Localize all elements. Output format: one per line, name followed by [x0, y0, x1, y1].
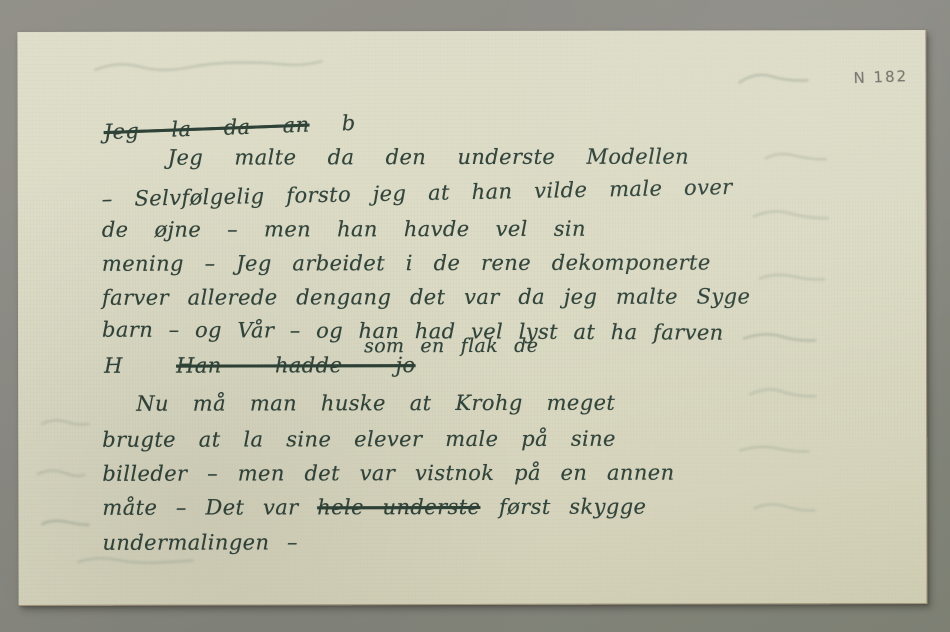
archive-number-label: N 182: [853, 67, 908, 87]
manuscript-line: H Han hadde jo: [104, 353, 415, 378]
line-text: billeder – men det var vistnok på en ann…: [102, 461, 674, 486]
manuscript-line: Jeg malte da den underste Modellen: [168, 145, 689, 170]
manuscript-line: måte – Det var hele underste først skygg…: [102, 495, 646, 520]
manuscript-line: – Selvfølgelig forsto jeg at han vilde m…: [102, 175, 733, 211]
manuscript-line: undermalingen –: [102, 530, 297, 554]
line-text: først skygge: [480, 495, 646, 519]
struck-text: Jeg la da an: [103, 113, 310, 145]
scanner-background: N 182 Jeg la da an b Jeg malte da den un…: [0, 0, 950, 632]
manuscript-line: billeder – men det var vistnok på en ann…: [102, 461, 674, 486]
line-text: H: [104, 354, 176, 378]
line-text: Jeg malte da den underste Modellen: [168, 145, 689, 170]
manuscript-line: brugte at la sine elever male på sine: [102, 427, 616, 452]
manuscript-page: N 182 Jeg la da an b Jeg malte da den un…: [17, 30, 927, 606]
manuscript-line: Jeg la da an b: [103, 111, 356, 144]
line-text: – Selvfølgelig forsto jeg at han vilde m…: [102, 175, 733, 211]
struck-text: hele underste: [317, 495, 480, 519]
line-text: måte – Det var: [102, 495, 317, 519]
line-text: mening – Jeg arbeidet i de rene dekompon…: [102, 251, 711, 276]
line-text: brugte at la sine elever male på sine: [102, 427, 616, 452]
manuscript-line: de øjne – men han havde vel sin: [102, 217, 586, 242]
line-text: undermalingen –: [102, 530, 297, 554]
line-text: Nu må man huske at Krohg meget: [136, 391, 615, 416]
manuscript-line: mening – Jeg arbeidet i de rene dekompon…: [102, 251, 711, 276]
line-text: de øjne – men han havde vel sin: [102, 217, 586, 242]
manuscript-line: Nu må man huske at Krohg meget: [136, 391, 615, 416]
struck-text: Han hadde jo: [176, 353, 415, 378]
manuscript-line: farver allerede dengang det var da jeg m…: [102, 284, 750, 309]
line-text: b: [309, 111, 356, 137]
line-text: farver allerede dengang det var da jeg m…: [102, 284, 750, 309]
